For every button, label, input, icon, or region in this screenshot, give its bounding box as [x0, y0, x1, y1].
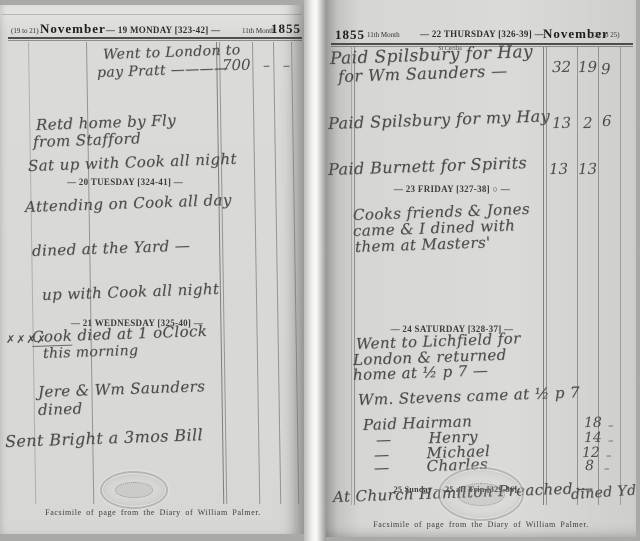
header-week-range: (22 to 25): [592, 31, 620, 39]
underlined-word: Cook: [32, 327, 73, 347]
left-ruled-lines: [0, 0, 640, 541]
money-pence: 6: [602, 112, 612, 130]
diary-entry: from Stafford: [33, 129, 142, 151]
money-shillings: 18: [584, 415, 602, 431]
money-pence: –: [283, 58, 290, 74]
money-pounds: 13: [549, 160, 568, 178]
scanned-diary-spread: (19 to 21) November — 19 MONDAY [323-42]…: [0, 0, 640, 541]
money-shillings: 14: [584, 430, 602, 446]
diary-entry: dined: [38, 399, 83, 419]
page-caption: Facsimile of page from the Diary of Will…: [43, 508, 263, 517]
embossed-stamp-inner-ring: [115, 482, 152, 498]
ruled-line: [577, 47, 578, 505]
money-pence: –: [604, 462, 610, 475]
ruled-line: [252, 42, 260, 504]
header-year: 1855: [335, 27, 365, 43]
money-pounds: 700: [222, 56, 251, 74]
money-shillings: 8: [585, 458, 594, 474]
day-header-friday: — 23 FRIDAY [327-38] ○ —: [382, 184, 522, 194]
header-day-title: — 22 THURSDAY [326-39] —: [420, 29, 544, 39]
diary-entry: this morning: [43, 343, 139, 362]
header-month-number: 11th Month: [367, 31, 400, 39]
ruled-line: [620, 47, 621, 505]
ruled-line: [291, 42, 299, 504]
money-shillings: 2: [583, 114, 593, 132]
money-pounds: 13: [552, 114, 571, 132]
day-header-tuesday: — 20 TUESDAY [324-41] —: [55, 177, 195, 187]
money-pence: –: [608, 434, 614, 447]
money-pence: 9: [601, 60, 611, 78]
money-pence: –: [608, 419, 614, 432]
embossed-stamp: [100, 471, 168, 509]
money-shillings: 13: [578, 160, 597, 178]
page-caption: Facsimile of page from the Diary of Will…: [370, 520, 592, 529]
money-pence: –: [606, 449, 612, 462]
money-shillings: 19: [578, 58, 597, 76]
money-pounds: 32: [552, 58, 571, 76]
embossed-stamp-inner-ring: [457, 483, 505, 506]
money-shillings: –: [263, 58, 270, 74]
ruled-line: [273, 42, 281, 504]
embossed-stamp: [438, 467, 524, 521]
